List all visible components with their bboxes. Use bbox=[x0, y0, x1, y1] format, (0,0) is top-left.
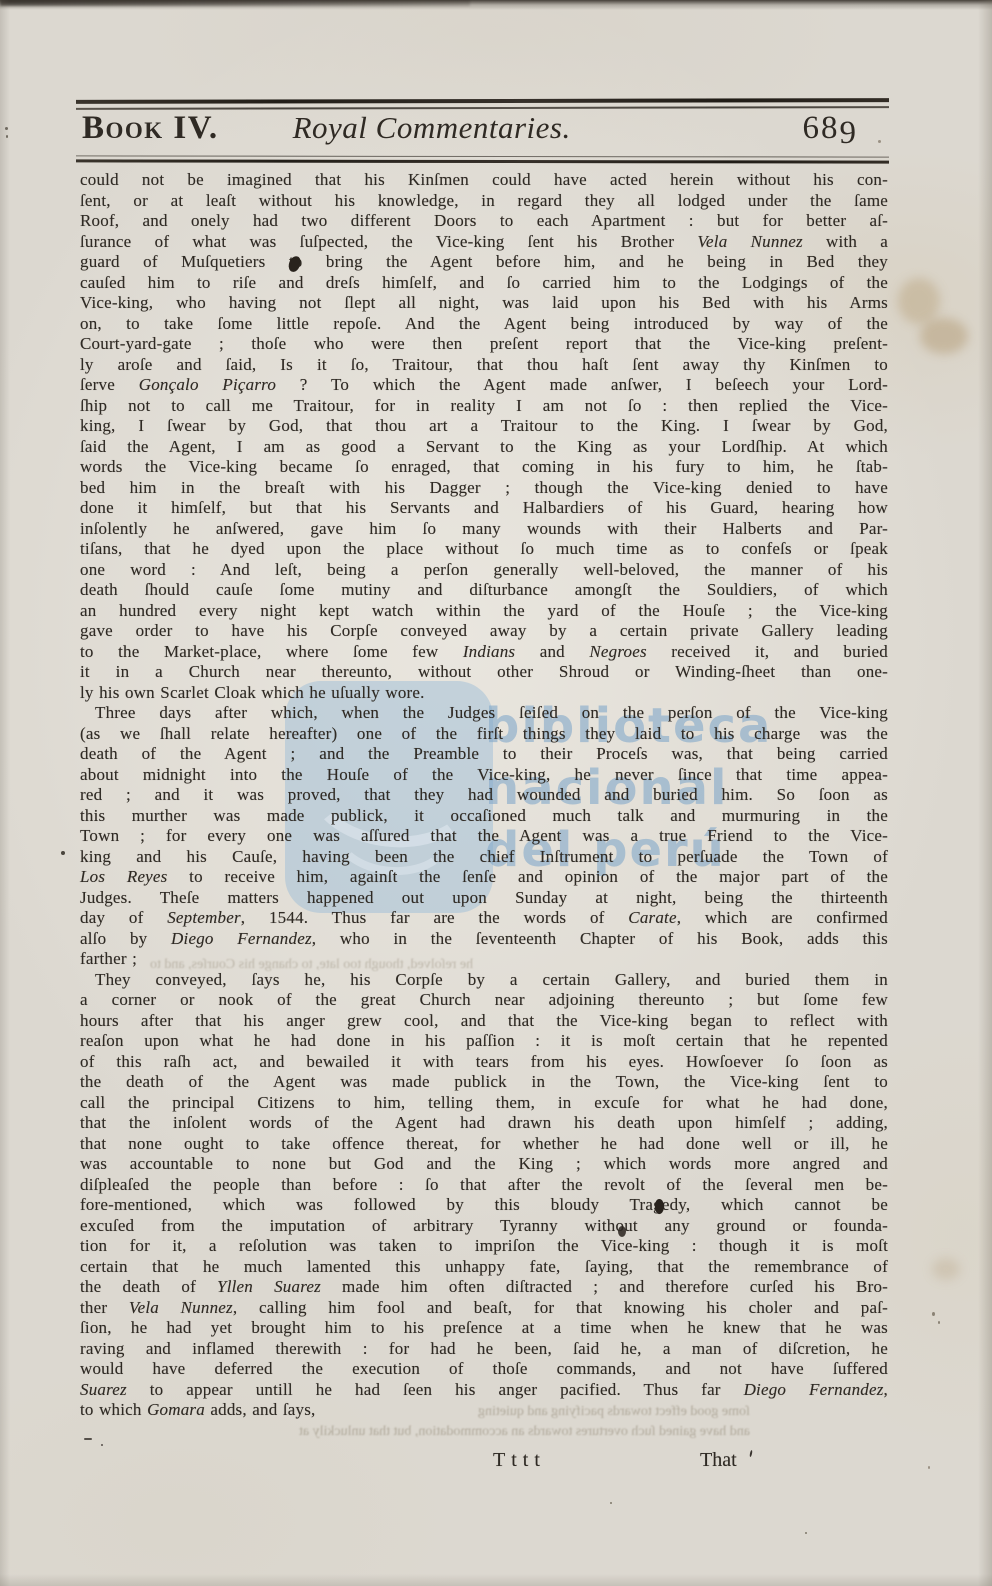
page-edge bbox=[0, 0, 992, 10]
margin-mark bbox=[61, 851, 65, 855]
text-line: done it himſelf, but that his Servants a… bbox=[80, 498, 888, 519]
text-line: fore-mentioned, which was followed by th… bbox=[80, 1195, 888, 1216]
page-title: Royal Commentaries. bbox=[293, 110, 571, 146]
text-line: ſerve Gonçalo Piçarro ? To which the Age… bbox=[80, 375, 888, 396]
paper-speck bbox=[932, 1312, 935, 1316]
text-line: of this raſh act, and bewailed it with t… bbox=[80, 1052, 888, 1073]
foxing-stain bbox=[920, 318, 968, 354]
header-rule bbox=[76, 106, 889, 109]
page-edge bbox=[0, 0, 470, 6]
text-line: Vice-king, who having not ſlept all nigh… bbox=[80, 293, 888, 314]
text-line: a corner or nook of the great Church nea… bbox=[80, 990, 888, 1011]
header-rule bbox=[76, 98, 889, 103]
text-line: guard of Muſquetiers to bring the Agent … bbox=[80, 252, 888, 273]
catchword: That bbox=[700, 1449, 737, 1472]
text-line: raving and inflamed therewith : for had … bbox=[80, 1339, 888, 1360]
text-line: that none ought to take offence thereat,… bbox=[80, 1134, 888, 1155]
text-line: excuſed from the imputation of arbitrary… bbox=[80, 1216, 888, 1237]
text-line: words the Vice-king became ſo enraged, t… bbox=[80, 457, 888, 478]
page-edge bbox=[0, 0, 10, 1586]
text-line: ſaid the Agent, I am as good a Servant t… bbox=[80, 437, 888, 458]
text-line: reaſon upon what he had done in his paſſ… bbox=[80, 1031, 888, 1052]
bleedthrough-line: and have gained ſuch overtures towards a… bbox=[299, 1422, 750, 1442]
text-line: an hundred every night kept watch within… bbox=[80, 601, 888, 622]
text-line: would have deferred the execution of tho… bbox=[80, 1359, 888, 1380]
text-line: king and his Cauſe, having been the chie… bbox=[80, 847, 888, 868]
header-rule bbox=[76, 159, 889, 163]
text-line: Roof, and onely had two different Doors … bbox=[80, 211, 888, 232]
signature-row: Tttt That bbox=[80, 1449, 888, 1475]
text-line: Town ; for every one was aſſured that th… bbox=[80, 826, 888, 847]
text-line: Judges. Theſe matters happened out upon … bbox=[80, 888, 888, 909]
margin-mark bbox=[5, 127, 8, 130]
text-line: certain that he much lamented this unhap… bbox=[80, 1257, 888, 1278]
text-line: ſion, he had yet brought him to his preſ… bbox=[80, 1318, 888, 1339]
text-line: one word : And leſt, being a perſon gene… bbox=[80, 560, 888, 581]
text-line: day of September, 1544. Thus far are the… bbox=[80, 908, 888, 929]
text-line: tion for it, a reſolution was taken to i… bbox=[80, 1236, 888, 1257]
text-line: the death of the Agent was made publick … bbox=[80, 1072, 888, 1093]
text-line: call the principal Citizens to him, tell… bbox=[80, 1093, 888, 1114]
text-line: bed him in the breaſt with his Dagger ; … bbox=[80, 478, 888, 499]
text-line: king, I ſwear by God, that thou art a Tr… bbox=[80, 416, 888, 437]
text-line: ſhip not to call me Traitour, for in rea… bbox=[80, 396, 888, 417]
text-line: alſo by Diego Fernandez, who in the ſeve… bbox=[80, 929, 888, 950]
margin-mark bbox=[101, 1444, 103, 1446]
text-line: farther ; bbox=[80, 949, 888, 970]
text-line: ly aroſe and ſaid, Is it ſo, Traitour, t… bbox=[80, 355, 888, 376]
text-line: ſent, or at leaſt without his knowledge,… bbox=[80, 191, 888, 212]
text-line: this murther was made publick, it occaſi… bbox=[80, 806, 888, 827]
text-line: was accountable to none but God and the … bbox=[80, 1154, 888, 1175]
text-line: They conveyed, ſays he, his Corpſe by a … bbox=[80, 970, 888, 991]
text-line: ſurance of what was ſuſpected, the Vice-… bbox=[80, 232, 888, 253]
text-line: death of the Agent ; and the Preamble to… bbox=[80, 744, 888, 765]
text-line: gave order to have his Corpſe conveyed a… bbox=[80, 621, 888, 642]
text-line: it in a Church near thereunto, without o… bbox=[80, 662, 888, 683]
text-line: on, to take ſome little repoſe. And the … bbox=[80, 314, 888, 335]
book-label: Book IV. bbox=[82, 110, 219, 147]
text-line: tiſans, that he dyed upon the place with… bbox=[80, 539, 888, 560]
page-number: 689 bbox=[803, 110, 859, 147]
foxing-stain bbox=[932, 1258, 960, 1280]
text-line: about midnight into the Houſe of the Vic… bbox=[80, 765, 888, 786]
foxing-stain bbox=[898, 278, 940, 324]
paper-speck bbox=[928, 1466, 930, 1469]
page-edge bbox=[978, 0, 992, 1586]
text-line: Court-yard-gate ; thoſe who were then pr… bbox=[80, 334, 888, 355]
book-page: he reſolved, though too late, to change … bbox=[0, 0, 992, 1586]
text-line: that the inſolent words of the Agent had… bbox=[80, 1113, 888, 1134]
header-rule bbox=[76, 155, 889, 157]
text-line: cauſed him to riſe and dreſs himſelf, an… bbox=[80, 273, 888, 294]
text-line: (as we ſhall relate hereafter) one of th… bbox=[80, 724, 888, 745]
text-line: red ; and it was proved, that they had w… bbox=[80, 785, 888, 806]
text-line: Three days after which, when the Judges … bbox=[80, 703, 888, 724]
paper-speck bbox=[805, 1532, 807, 1534]
paper-speck bbox=[610, 1502, 612, 1504]
margin-mark bbox=[6, 135, 8, 138]
text-line: death ſhould cauſe ſome mutiny and diſtu… bbox=[80, 580, 888, 601]
text-line: to which Gomara adds, and ſays, bbox=[80, 1400, 888, 1421]
ink-blot bbox=[618, 1226, 626, 1237]
text-line: hours after that his anger grew cool, an… bbox=[80, 1011, 888, 1032]
signature-mark: Tttt bbox=[493, 1449, 546, 1472]
text-line: diſpleaſed the people than before : ſo t… bbox=[80, 1175, 888, 1196]
text-line: could not be imagined that his Kinſmen c… bbox=[80, 170, 888, 191]
text-line: ly his own Scarlet Cloak which he uſuall… bbox=[80, 683, 888, 704]
paper-speck bbox=[938, 1321, 940, 1324]
text-line: Los Reyes to receive him, againſt the ſe… bbox=[80, 867, 888, 888]
text-line: ther Vela Nunnez, calling him fool and b… bbox=[80, 1298, 888, 1319]
margin-mark bbox=[84, 1438, 92, 1440]
text-line: inſolently he anſwered, gave him ſo many… bbox=[80, 519, 888, 540]
text-line: the death of Yllen Suarez made him often… bbox=[80, 1277, 888, 1298]
page-edge bbox=[0, 1574, 992, 1586]
text-line: to the Market-place, where ſome few Indi… bbox=[80, 642, 888, 663]
text-line: Suarez to appear untill he had ſeen his … bbox=[80, 1380, 888, 1401]
text-block: could not be imagined that his Kinſmen c… bbox=[80, 170, 888, 1421]
running-head: Book IV. Royal Commentaries. 689 bbox=[82, 110, 888, 154]
